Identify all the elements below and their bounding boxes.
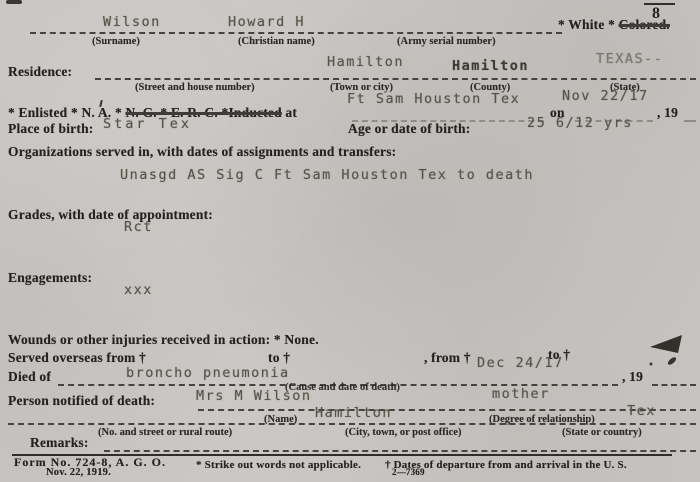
grades-label: Grades, with date of appointment: <box>8 208 213 223</box>
print-code: 2—7369 <box>392 468 425 478</box>
died-year-label: , 19 <box>622 370 643 385</box>
wounds-value: * None. <box>270 332 318 347</box>
remarks-label: Remarks: <box>30 436 89 451</box>
ink-blot <box>648 334 690 372</box>
birthplace-label: Place of birth: <box>8 122 93 137</box>
engagements-value: xxx <box>124 283 153 298</box>
grades-value: Rct <box>124 220 153 235</box>
surname-value: Wilson <box>103 15 161 30</box>
birthplace-value: Star Tex <box>103 117 192 132</box>
remarks-rule <box>104 450 696 452</box>
notified-city-value: Hamilton <box>315 406 392 421</box>
notified-address-rule <box>8 423 696 425</box>
christian-name-label: (Christian name) <box>238 36 315 48</box>
residence-rule <box>95 78 696 80</box>
residence-state-value: TEXAS-- <box>596 52 663 67</box>
serial-number-label: (Army serial number) <box>397 36 496 48</box>
death-cause-value: broncho pneumonia <box>126 366 290 381</box>
strike-footnote: * Strike out words not applicable. <box>196 459 361 471</box>
enlistment-year-label: , 19 <box>657 106 678 121</box>
enlistment-suffix: at <box>282 105 297 120</box>
wounds-label: Wounds or other injuries received in act… <box>8 332 270 347</box>
residence-town-value: Hamilton <box>327 55 404 70</box>
residence-county-value: Hamilton <box>452 59 529 74</box>
organizations-value: Unasgd AS Sig C Ft Sam Houston Tex to de… <box>120 168 534 183</box>
notified-label: Person notified of death: <box>8 394 155 409</box>
age-value: 25 6/12 yrs <box>527 116 633 131</box>
scan-speck <box>6 0 22 4</box>
enlistment-rule-3 <box>684 120 696 122</box>
enlistment-date-value: Nov 22/17 <box>562 89 649 104</box>
notified-name-value: Mrs M Wilson <box>196 389 312 404</box>
race-white: * White * <box>558 17 619 32</box>
overseas-from2-label: , from † <box>424 351 471 366</box>
overseas-to1-label: to † <box>268 351 290 366</box>
race-colored-struck: Colored. <box>619 17 670 32</box>
street-label: (Street and house number) <box>135 82 255 94</box>
notified-city-label: (City, town, or post office) <box>345 427 461 439</box>
notified-relationship-value: mother <box>492 387 550 402</box>
organizations-label: Organizations served in, with dates of a… <box>8 145 396 160</box>
notified-rule <box>198 409 696 411</box>
notified-state-value: Tex <box>627 404 656 419</box>
enlistment-place-value: Ft Sam Houston Tex <box>347 92 520 107</box>
died-year-rule <box>652 384 696 386</box>
died-of-label: Died of <box>8 370 51 385</box>
wounds-line: Wounds or other injuries received in act… <box>8 333 319 348</box>
surname-label: (Surname) <box>92 36 140 48</box>
service-record-card: 8 Wilson Howard H * White * Colored. (Su… <box>0 0 700 482</box>
engagements-label: Engagements: <box>8 271 92 286</box>
notified-state-label: (State or country) <box>562 427 642 439</box>
death-date-value: Dec 24/17 <box>477 356 564 371</box>
race-designation: * White * Colored. <box>558 18 670 33</box>
christian-name-value: Howard H <box>228 15 305 30</box>
notified-street-label: (No. and street or rural route) <box>98 427 232 439</box>
form-date: Nov. 22, 1919. <box>46 467 111 479</box>
age-label: Age or date of birth: <box>348 122 470 137</box>
overseas-from1-label: Served overseas from † <box>8 351 146 366</box>
residence-label: Residence: <box>8 65 72 80</box>
name-rule <box>30 32 562 34</box>
